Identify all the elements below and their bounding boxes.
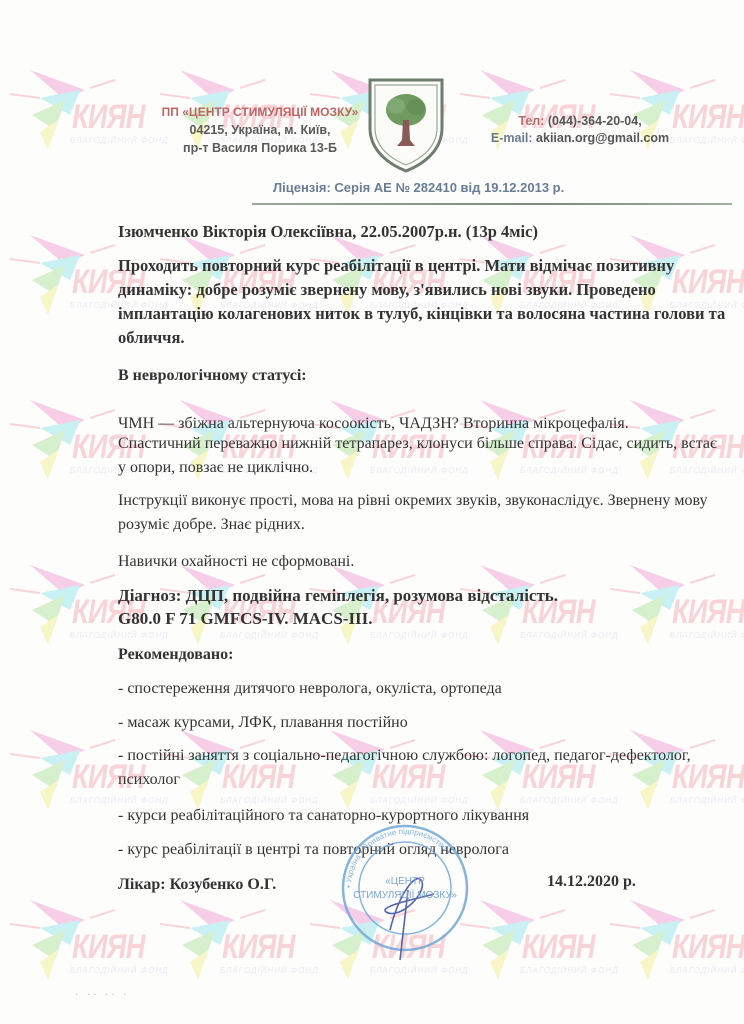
recommendation-item: - постійні заняття з соціально-педагогіч… <box>118 744 718 792</box>
address-line-1: 04215, Україна, м. Київ, <box>140 121 380 139</box>
neuro-paragraph: Інструкції виконує прості, мова на рівні… <box>118 489 708 537</box>
course-lead: Проходить повторний курс реабілітації в … <box>118 256 476 275</box>
neuro-status-heading: В неврологічному статусі: <box>118 364 728 388</box>
contact-block: Тел: (044)-364-20-04, E-mail: akiian.org… <box>480 113 680 147</box>
recommendations-heading: Рекомендовано: <box>118 643 728 667</box>
email-label: E-mail: <box>491 131 533 145</box>
header-divider <box>252 203 732 205</box>
official-stamp: • Україна • Приватне підприємство • «ЦЕН… <box>330 820 480 970</box>
diagnosis: Діагноз: ДЦП, подвійна геміплегія, розум… <box>118 584 588 630</box>
email-address: akiian.org@gmail.com <box>536 131 669 145</box>
organization-block: ПП «ЦЕНТР СТИМУЛЯЦІЇ МОЗКУ» 04215, Украї… <box>140 103 380 157</box>
neuro-paragraph: Спастичний переважно нижній тетрапарез, … <box>118 432 718 480</box>
patient-info: Ізюмченко Вікторія Олексіївна, 22.05.200… <box>118 220 728 244</box>
document-page: КИЯНБЛАГОДІЙНИЙ ФОНДКИЯНБЛАГОДІЙНИЙ ФОНД… <box>0 0 744 1024</box>
phone-label: Тел: <box>518 114 544 128</box>
neuro-paragraph: Навички охайності не сформовані. <box>118 550 728 574</box>
scan-specks: · ·· ·· · <box>75 990 129 1001</box>
recommendation-item: - спостереження дитячого невролога, окул… <box>118 677 728 701</box>
tree-shield-icon <box>366 76 446 174</box>
phone-number: (044)-364-20-04, <box>548 114 642 128</box>
license-line: Ліцензія: Серія АЕ № 282410 від 19.12.20… <box>273 180 564 195</box>
recommendation-item: - масаж курсами, ЛФК, плавання постійно <box>118 711 728 735</box>
organization-name: ПП «ЦЕНТР СТИМУЛЯЦІЇ МОЗКУ» <box>140 103 380 121</box>
course-paragraph: Проходить повторний курс реабілітації в … <box>118 254 728 350</box>
stamp-text-line-2: СТИМУЛЯЦІЇ МОЗКУ» <box>330 890 480 902</box>
document-date: 14.12.2020 р. <box>547 873 636 891</box>
address-line-2: пр-т Василя Порика 13-Б <box>140 139 380 157</box>
stamp-text-line-1: «ЦЕНТР <box>330 876 480 888</box>
